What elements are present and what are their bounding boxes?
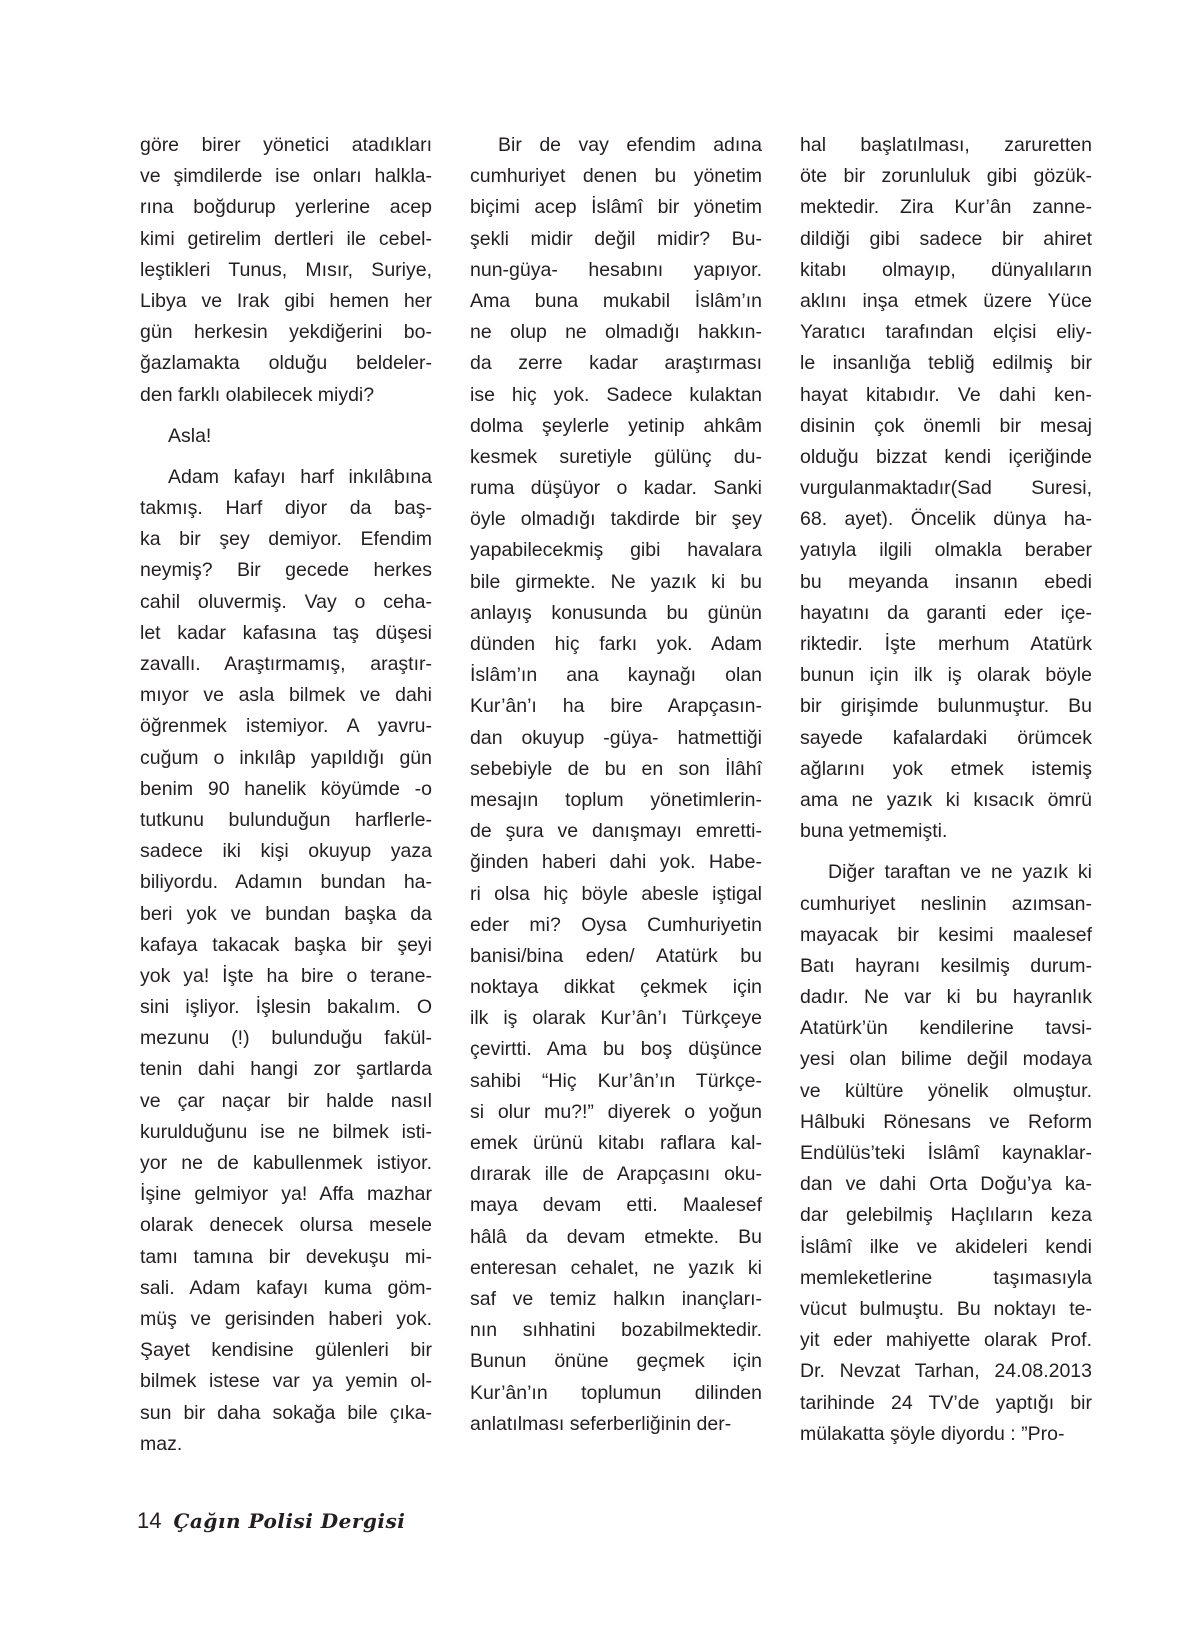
paragraph: Bir de vay efendim adınacumhuriyet denen… [470, 130, 762, 1440]
text-line: leştikleri Tunus, Mısır, Suriye, [140, 255, 432, 286]
text-line: biliyordu. Adamın bundan ha- [140, 867, 432, 898]
page-number: 14 [137, 1508, 161, 1534]
text-line: sun bir daha sokağa bile çıka- [140, 1398, 432, 1429]
text-line: anlatılması seferberliğinin der- [470, 1409, 762, 1440]
text-line: sini işliyor. İşlesin bakalım. O [140, 992, 432, 1023]
text-line: emek ürünü kitabı raflara kal- [470, 1128, 762, 1159]
text-line: enteresan cehalet, ne yazık ki [470, 1253, 762, 1284]
text-line: ruma düşüyor o kadar. Sanki [470, 473, 762, 504]
text-line: Atatürk’ün kendilerine tavsi- [800, 1013, 1092, 1044]
text-column-left: göre birer yönetici atadıklarıve şimdile… [140, 130, 432, 1460]
text-line: tutkunu bulunduğun harflerle- [140, 805, 432, 836]
text-line: öte bir zorunluluk gibi gözük- [800, 161, 1092, 192]
text-line: neymiş? Bir gecede herkes [140, 555, 432, 586]
page-footer: 14 Çağın Polisi Dergisi [137, 1508, 405, 1534]
text-line: 68. ayet). Öncelik dünya ha- [800, 504, 1092, 535]
text-line: da zerre kadar araştırması [470, 348, 762, 379]
text-line: noktaya dikkat çekmek için [470, 972, 762, 1003]
text-line: ğinden haberi dahi yok. Habe- [470, 847, 762, 878]
text-line: Bir de vay efendim adına [470, 130, 762, 161]
text-line: vücut bulmuştu. Bu noktayı te- [800, 1294, 1092, 1325]
paragraph: Adam kafayı harf inkılâbınatakmış. Harf … [140, 462, 432, 1460]
text-line: buna yetmemişti. [800, 816, 1092, 847]
text-line: banisi/bina eden/ Atatürk bu [470, 941, 762, 972]
text-line: de şura ve danışmayı emretti- [470, 816, 762, 847]
text-line: cuğum o inkılâp yapıldığı gün [140, 743, 432, 774]
text-line: ilk iş olarak Kur’ân’ı Türkçeye [470, 1003, 762, 1034]
paragraph-gap [140, 411, 432, 421]
text-line: yit eder mahiyette olarak Prof. [800, 1325, 1092, 1356]
magazine-title: Çağın Polisi Dergisi [173, 1509, 405, 1533]
text-line: olarak denecek olursa mesele [140, 1210, 432, 1241]
text-line: sadece iki kişi okuyup yaza [140, 836, 432, 867]
text-line: Diğer taraftan ve ne yazık ki [800, 857, 1092, 888]
text-line: hal başlatılması, zaruretten [800, 130, 1092, 161]
text-line: mayacak bir kesimi maalesef [800, 920, 1092, 951]
text-line: Adam kafayı harf inkılâbına [140, 462, 432, 493]
text-line: kesmek suretiyle gülünç du- [470, 442, 762, 473]
text-line: mektedir. Zira Kur’ân zanne- [800, 192, 1092, 223]
text-line: let kadar kafasına taş düşesi [140, 618, 432, 649]
text-line: beri yok ve bundan başka da [140, 899, 432, 930]
text-line: eder mi? Oysa Cumhuriyetin [470, 910, 762, 941]
text-line: Asla! [140, 421, 432, 452]
text-line: Batı hayranı kesilmiş durum- [800, 951, 1092, 982]
text-line: yatıyla ilgili olmakla beraber [800, 535, 1092, 566]
text-line: İslâmî ilke ve akideleri kendi [800, 1232, 1092, 1263]
text-line: dildiği gibi sadece bir ahiret [800, 224, 1092, 255]
text-line: yapabilecekmiş gibi havalara [470, 535, 762, 566]
text-line: bile girmekte. Ne yazık ki bu [470, 567, 762, 598]
text-line: gün herkesin yekdiğerini bo- [140, 317, 432, 348]
text-line: nun-güya- hesabını yapıyor. [470, 255, 762, 286]
text-line: dadır. Ne var ki bu hayranlık [800, 982, 1092, 1013]
text-column-middle: Bir de vay efendim adınacumhuriyet denen… [470, 130, 762, 1440]
text-line: hayatını da garanti eder içe- [800, 598, 1092, 629]
text-line: ama ne yazık ki kısacık ömrü [800, 785, 1092, 816]
text-line: Endülüs’teki İslâmî kaynaklar- [800, 1138, 1092, 1169]
paragraph-gap [800, 847, 1092, 857]
text-line: tarihinde 24 TV’de yaptığı bir [800, 1388, 1092, 1419]
text-line: cahil oluvermiş. Vay o ceha- [140, 587, 432, 618]
text-line: mülakatta şöyle diyordu : ”Pro- [800, 1419, 1092, 1450]
text-line: kurulduğunu ise ne bilmek isti- [140, 1117, 432, 1148]
text-line: biçimi acep İslâmî bir yönetim [470, 192, 762, 223]
text-line: mezunu (!) bulunduğu fakül- [140, 1023, 432, 1054]
text-line: vurgulanmaktadır(Sad Suresi, [800, 473, 1092, 504]
magazine-page: göre birer yönetici atadıklarıve şimdile… [0, 0, 1204, 1641]
text-line: göre birer yönetici atadıkları [140, 130, 432, 161]
text-line: mesajın toplum yönetimlerin- [470, 785, 762, 816]
text-line: yesi olan bilime değil modaya [800, 1044, 1092, 1075]
text-line: bunun için ilk iş olarak böyle [800, 660, 1092, 691]
text-line: şekli midir değil midir? Bu- [470, 224, 762, 255]
text-line: dan ve dahi Orta Doğu’ya ka- [800, 1169, 1092, 1200]
text-line: Hâlbuki Rönesans ve Reform [800, 1107, 1092, 1138]
text-line: le insanlığa tebliğ edilmiş bir [800, 348, 1092, 379]
text-line: aklını inşa etmek üzere Yüce [800, 286, 1092, 317]
text-line: mıyor ve asla bilmek ve dahi [140, 680, 432, 711]
text-line: ğazlamakta olduğu beldeler- [140, 348, 432, 379]
text-line: Şayet kendisine gülenleri bir [140, 1335, 432, 1366]
text-line: kafaya takacak başka bir şeyi [140, 930, 432, 961]
text-line: maz. [140, 1429, 432, 1460]
text-line: ve kültüre yönelik olmuştur. [800, 1076, 1092, 1107]
text-line: sahibi “Hiç Kur’ân’ın Türkçe- [470, 1066, 762, 1097]
text-line: dünden hiç farkı yok. Adam [470, 629, 762, 660]
text-line: bu meyanda insanın ebedi [800, 567, 1092, 598]
text-line: kimi getirelim dertleri ile cebel- [140, 224, 432, 255]
text-line: İslâm’ın ana kaynağı olan [470, 660, 762, 691]
text-line: ne olup ne olmadığı hakkın- [470, 317, 762, 348]
text-line: maya devam etti. Maalesef [470, 1190, 762, 1221]
text-line: Bunun önüne geçmek için [470, 1346, 762, 1377]
text-line: tamı tamına bir devekuşu mi- [140, 1242, 432, 1273]
text-line: Ama buna mukabil İslâm’ın [470, 286, 762, 317]
text-column-right: hal başlatılması, zarurettenöte bir zoru… [800, 130, 1092, 1450]
text-line: Kur’ân’ı ha bire Arapçasın- [470, 691, 762, 722]
text-line: memleketlerine taşımasıyla [800, 1263, 1092, 1294]
text-line: hâlâ da devam etmekte. Bu [470, 1222, 762, 1253]
text-line: dar gelebilmiş Haçlıların keza [800, 1200, 1092, 1231]
text-line: Yaratıcı tarafından elçisi eliy- [800, 317, 1092, 348]
text-line: hayat kitabıdır. Ve dahi ken- [800, 380, 1092, 411]
text-line: cumhuriyet denen bu yönetim [470, 161, 762, 192]
text-line: bilmek istese var ya yemin ol- [140, 1366, 432, 1397]
text-line: anlayış konusunda bu günün [470, 598, 762, 629]
text-line: rına boğdurup yerlerine acep [140, 192, 432, 223]
paragraph: hal başlatılması, zarurettenöte bir zoru… [800, 130, 1092, 847]
text-line: benim 90 hanelik köyümde -o [140, 774, 432, 805]
text-line: si olur mu?!” diyerek o yoğun [470, 1097, 762, 1128]
paragraph: Asla! [140, 421, 432, 452]
text-line: ka bir şey demiyor. Efendim [140, 524, 432, 555]
text-line: Dr. Nevzat Tarhan, 24.08.2013 [800, 1356, 1092, 1387]
text-line: saf ve temiz halkın inançları- [470, 1284, 762, 1315]
text-line: dan okuyup -güya- hatmettiği [470, 723, 762, 754]
text-line: cumhuriyet neslinin azımsan- [800, 889, 1092, 920]
text-line: zavallı. Araştırmamış, araştır- [140, 649, 432, 680]
text-line: nın sıhhatini bozabilmektedir. [470, 1315, 762, 1346]
text-line: bir girişimde bulunmuştur. Bu [800, 691, 1092, 722]
text-line: çevirtti. Ama bu boş düşünce [470, 1034, 762, 1065]
text-line: sayede kafalardaki örümcek [800, 723, 1092, 754]
text-line: ve şimdilerde ise onları halkla- [140, 161, 432, 192]
paragraph-gap [140, 452, 432, 462]
paragraph: göre birer yönetici atadıklarıve şimdile… [140, 130, 432, 411]
text-line: dolma şeylerle yetinip ahkâm [470, 411, 762, 442]
text-line: öğrenmek istemiyor. A yavru- [140, 711, 432, 742]
text-line: olduğu bizzat kendi içeriğinde [800, 442, 1092, 473]
text-line: yor ne de kabullenmek istiyor. [140, 1148, 432, 1179]
text-line: Libya ve Irak gibi hemen her [140, 286, 432, 317]
text-line: ise hiç yok. Sadece kulaktan [470, 380, 762, 411]
text-line: sebebiyle de bu en son İlâhî [470, 754, 762, 785]
text-line: yok ya! İşte ha bire o terane- [140, 961, 432, 992]
text-line: kitabı olmayıp, dünyalıların [800, 255, 1092, 286]
text-line: öyle olmadığı takdirde bir şey [470, 504, 762, 535]
text-line: ri olsa hiç böyle abesle iştigal [470, 879, 762, 910]
text-line: riktedir. İşte merhum Atatürk [800, 629, 1092, 660]
text-line: müş ve gerisinden haberi yok. [140, 1304, 432, 1335]
text-line: takmış. Harf diyor da baş- [140, 493, 432, 524]
text-line: dırarak ille de Arapçasını oku- [470, 1159, 762, 1190]
text-line: sali. Adam kafayı kuma göm- [140, 1273, 432, 1304]
paragraph: Diğer taraftan ve ne yazık kicumhuriyet … [800, 857, 1092, 1450]
text-line: İşine gelmiyor ya! Affa mazhar [140, 1179, 432, 1210]
text-line: den farklı olabilecek miydi? [140, 380, 432, 411]
text-line: tenin dahi hangi zor şartlarda [140, 1054, 432, 1085]
text-line: ve çar naçar bir halde nasıl [140, 1086, 432, 1117]
text-line: Kur’ân’ın toplumun dilinden [470, 1378, 762, 1409]
text-line: disinin çok önemli bir mesaj [800, 411, 1092, 442]
text-line: ağlarını yok etmek istemiş [800, 754, 1092, 785]
